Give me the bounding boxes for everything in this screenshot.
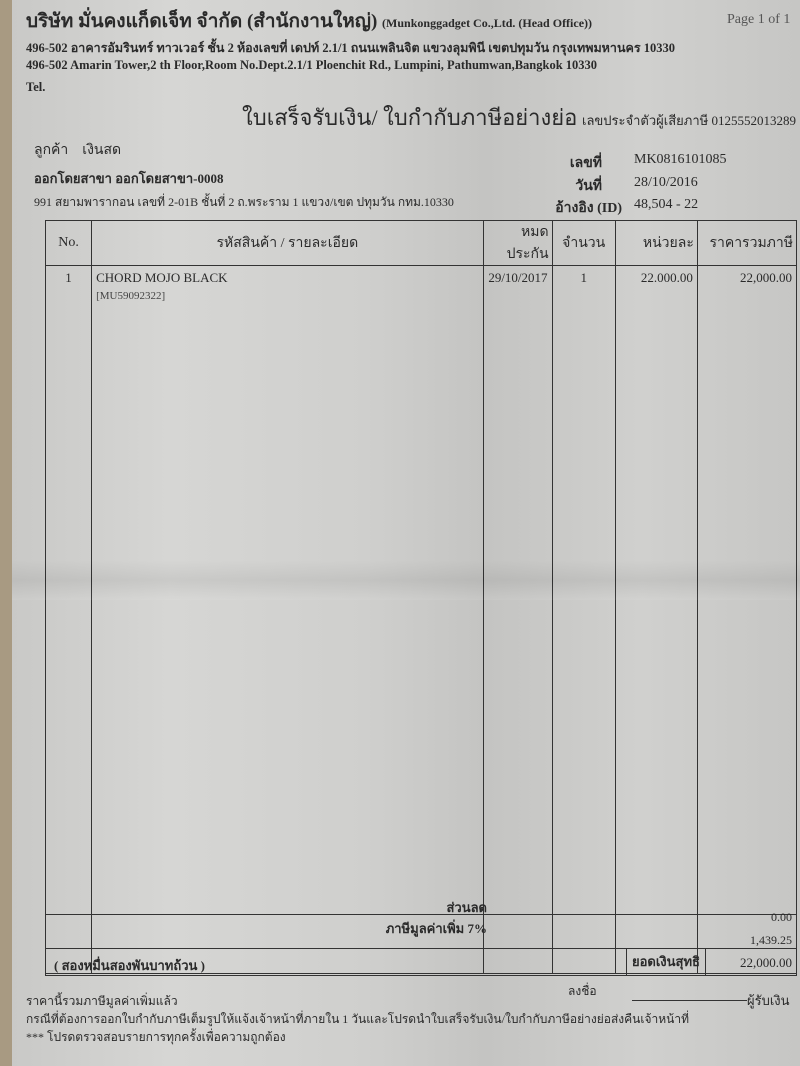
document-title: ใบเสร็จรับเงิน/ ใบกำกับภาษีอย่างย่อ	[242, 100, 577, 135]
footer-note-verify: *** โปรดตรวจสอบรายการทุกครั้งเพื่อความถู…	[26, 1028, 286, 1047]
branch-value: ออกโดยสาขา-0008	[115, 171, 223, 186]
header-qty: จำนวน	[552, 221, 615, 266]
header-description: รหัสสินค้า / รายละเอียด	[92, 221, 484, 266]
table-row: 1 CHORD MOJO BLACK [MU59092322] 29/10/20…	[46, 266, 797, 915]
tax-id-value: 0125552013289	[711, 113, 796, 128]
branch-label: ออกโดยสาขา	[34, 171, 112, 186]
company-address-th: 496-502 อาคารอัมรินทร์ ทาวเวอร์ ชั้น 2 ห…	[26, 38, 675, 58]
item-description: CHORD MOJO BLACK	[96, 270, 479, 286]
customer-label: ลูกค้า	[34, 143, 68, 158]
table-header-row: No. รหัสสินค้า / รายละเอียด หมดประกัน จำ…	[46, 221, 797, 266]
tax-id-label: เลขประจำตัวผู้เสียภาษี	[582, 113, 708, 128]
item-unit-price: 22.000.00	[615, 266, 697, 915]
item-no: 1	[46, 266, 92, 915]
item-sku: [MU59092322]	[96, 290, 479, 302]
item-warranty-end: 29/10/2017	[483, 266, 552, 915]
vat-label: ภาษีมูลค่าเพิ่ม 7%	[357, 918, 487, 939]
discount-label: ส่วนลด	[392, 897, 487, 918]
net-total-label: ยอดเงินสุทธิ	[626, 949, 706, 975]
company-name: บริษัท มั่นคงแก็ดเจ็ท จำกัด (สำนักงานใหญ…	[26, 6, 592, 36]
date-label: วันที่	[522, 175, 602, 197]
item-total: 22,000.00	[697, 266, 796, 915]
company-name-en: (Munkonggadget Co.,Ltd. (Head Office))	[382, 16, 592, 30]
item-description-cell: CHORD MOJO BLACK [MU59092322]	[92, 266, 484, 915]
receipt-number: MK0816101085	[634, 152, 727, 168]
tax-id: เลขประจำตัวผู้เสียภาษี 0125552013289	[582, 110, 796, 131]
items-table: No. รหัสสินค้า / รายละเอียด หมดประกัน จำ…	[45, 220, 797, 974]
receipt-date: 28/10/2016	[634, 175, 698, 191]
branch-address: 991 สยามพารากอน เลขที่ 2-01B ชั้นที่ 2 ถ…	[34, 193, 454, 212]
receipt-number-label: เลขที่	[522, 152, 602, 174]
footer-note-vat-included: ราคานี้รวมภาษีมูลค่าเพิ่มแล้ว	[26, 992, 178, 1011]
net-total-value: 22,000.00	[740, 955, 792, 971]
customer: ลูกค้า เงินสด	[34, 139, 121, 161]
company-address-en: 496-502 Amarin Tower,2 th Floor,Room No.…	[26, 58, 597, 73]
amount-in-words: ( สองหมื่นสองพันบาทถ้วน )	[54, 955, 205, 976]
receiver-label: ผู้รับเงิน	[747, 990, 790, 1011]
receipt-paper: บริษัท มั่นคงแก็ดเจ็ท จำกัด (สำนักงานใหญ…	[12, 0, 800, 1066]
customer-value: เงินสด	[82, 143, 121, 158]
company-tel: Tel.	[26, 80, 45, 95]
header-total: ราคารวมภาษี	[697, 221, 796, 266]
header-no: No.	[46, 221, 92, 266]
header-unit-price: หน่วยละ	[615, 221, 697, 266]
reference-id: 48,504 - 22	[634, 197, 698, 213]
item-qty: 1	[552, 266, 615, 915]
amount-words-row: ( สองหมื่นสองพันบาทถ้วน ) ยอดเงินสุทธิ 2…	[45, 948, 797, 976]
vat-value: 1,439.25	[702, 933, 792, 948]
signature-label: ลงชื่อ	[568, 982, 597, 1001]
discount-value: 0.00	[702, 910, 792, 925]
page-indicator: Page 1 of 1	[727, 12, 790, 28]
signature-line	[632, 1000, 747, 1001]
reference-label: อ้างอิง (ID)	[542, 197, 622, 219]
company-name-th: บริษัท มั่นคงแก็ดเจ็ท จำกัด (สำนักงานใหญ…	[26, 11, 377, 32]
issuing-branch: ออกโดยสาขา ออกโดยสาขา-0008	[34, 168, 223, 189]
header-warranty: หมดประกัน	[483, 221, 552, 266]
footer-note-full-invoice: กรณีที่ต้องการออกใบกำกับภาษีเต็มรูปให้แจ…	[26, 1010, 689, 1029]
